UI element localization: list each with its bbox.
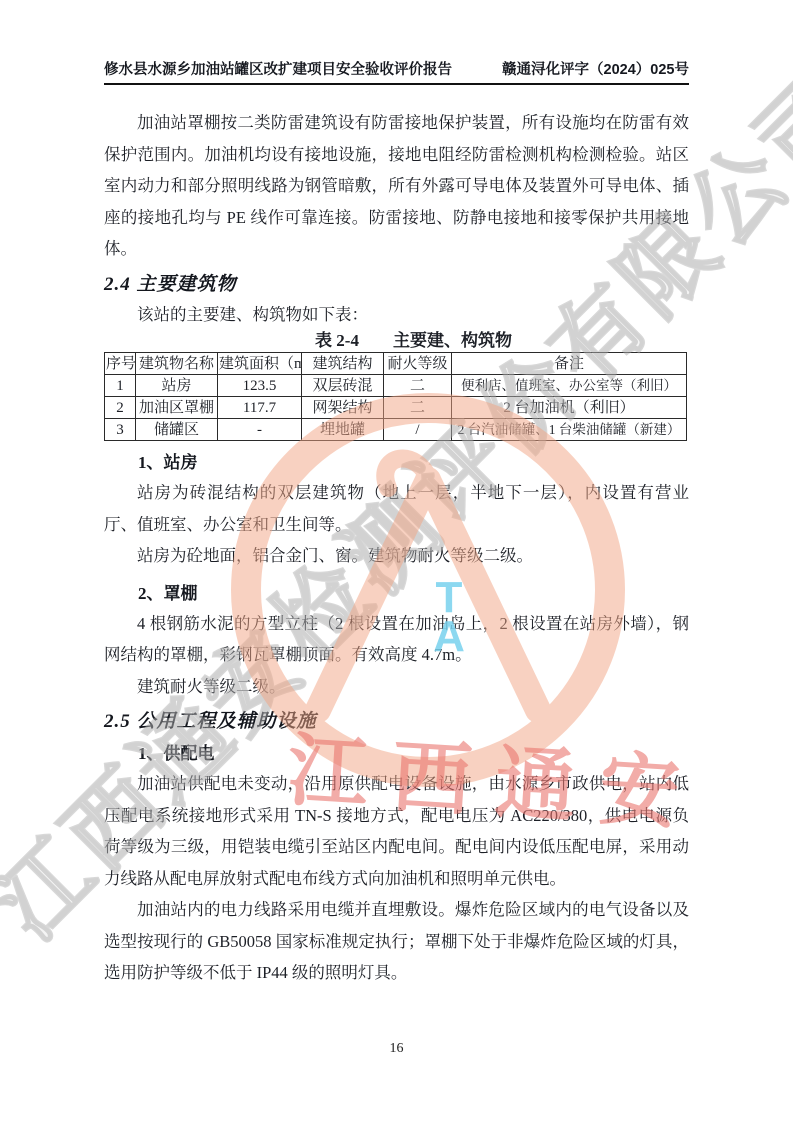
subsection-canopy-heading: 2、罩棚 bbox=[104, 580, 689, 608]
cell-area: - bbox=[218, 419, 302, 441]
section-2-5-heading: 2.5 公用工程及辅助设施 bbox=[104, 708, 689, 736]
col-header-area: 建筑面积（m²） bbox=[218, 353, 302, 375]
buildings-table: 序号 建筑物名称 建筑面积（m²） 建筑结构 耐火等级 备注 1 站房 123.… bbox=[104, 352, 687, 441]
cell-name: 站房 bbox=[136, 375, 218, 397]
table-row: 1 站房 123.5 双层砖混 二 便利店、值班室、办公室等（利旧） bbox=[105, 375, 687, 397]
cell-name: 储罐区 bbox=[136, 419, 218, 441]
cell-structure: 网架结构 bbox=[302, 397, 384, 419]
subsection-station-building-heading: 1、站房 bbox=[104, 449, 689, 477]
cell-index: 3 bbox=[105, 419, 136, 441]
cell-area: 117.7 bbox=[218, 397, 302, 419]
cell-structure: 双层砖混 bbox=[302, 375, 384, 397]
section-2-4-heading: 2.4 主要建筑物 bbox=[104, 271, 689, 299]
paragraph-station-building-2: 站房为砼地面，铝合金门、窗。建筑物耐火等级二级。 bbox=[104, 540, 689, 572]
header-report-title: 修水县水源乡加油站罐区改扩建项目安全验收评价报告 bbox=[104, 58, 452, 79]
document-body: 加油站罩棚按二类防雷建筑设有防雷接地保护装置，所有设施均在防雷有效保护范围内。加… bbox=[104, 85, 689, 989]
cell-remark: 2 台加油机（利旧） bbox=[452, 397, 687, 419]
paragraph-canopy-2: 建筑耐火等级二级。 bbox=[104, 671, 689, 703]
paragraph-canopy-1: 4 根钢筋水泥的方型立柱（2 根设置在加油岛上，2 根设置在站房外墙），钢网结构… bbox=[104, 608, 689, 671]
table-header-row: 序号 建筑物名称 建筑面积（m²） 建筑结构 耐火等级 备注 bbox=[105, 353, 687, 375]
header-doc-number: 赣通浔化评字（2024）025号 bbox=[502, 58, 689, 79]
page-number: 16 bbox=[0, 1041, 793, 1057]
col-header-index: 序号 bbox=[105, 353, 136, 375]
col-header-name: 建筑物名称 bbox=[136, 353, 218, 375]
col-header-fire-rating: 耐火等级 bbox=[384, 353, 452, 375]
col-header-remark: 备注 bbox=[452, 353, 687, 375]
paragraph-lightning-protection: 加油站罩棚按二类防雷建筑设有防雷接地保护装置，所有设施均在防雷有效保护范围内。加… bbox=[104, 107, 689, 265]
cell-remark: 2 台汽油储罐、1 台柴油储罐（新建） bbox=[452, 419, 687, 441]
col-header-structure: 建筑结构 bbox=[302, 353, 384, 375]
running-header: 修水县水源乡加油站罐区改扩建项目安全验收评价报告 赣通浔化评字（2024）025… bbox=[104, 58, 689, 85]
cell-remark: 便利店、值班室、办公室等（利旧） bbox=[452, 375, 687, 397]
paragraph-station-building-1: 站房为砖混结构的双层建筑物（地上一层，半地下一层），内设置有营业厅、值班室、办公… bbox=[104, 477, 689, 540]
cell-fire-rating: 二 bbox=[384, 397, 452, 419]
subsection-power-supply-heading: 1、供配电 bbox=[104, 740, 689, 768]
section-2-4-intro: 该站的主要建、构筑物如下表： bbox=[104, 299, 689, 331]
page-content: 修水县水源乡加油站罐区改扩建项目安全验收评价报告 赣通浔化评字（2024）025… bbox=[0, 0, 793, 1122]
paragraph-power-supply-2: 加油站内的电力线路采用电缆并直埋敷设。爆炸危险区域内的电气设备以及选型按现行的 … bbox=[104, 894, 689, 989]
cell-area: 123.5 bbox=[218, 375, 302, 397]
cell-name: 加油区罩棚 bbox=[136, 397, 218, 419]
cell-index: 2 bbox=[105, 397, 136, 419]
document-page: 江西通安检测评价有限公司 T A 江西通安 修水县水源乡加油站罐区改扩建项目安全… bbox=[0, 0, 793, 1122]
table-row: 3 储罐区 - 埋地罐 / 2 台汽油储罐、1 台柴油储罐（新建） bbox=[105, 419, 687, 441]
paragraph-power-supply-1: 加油站供配电未变动，沿用原供配电设备设施，由水源乡市政供电，站内低压配电系统接地… bbox=[104, 768, 689, 894]
table-2-4-caption: 表 2-4 主要建、构筑物 bbox=[104, 330, 689, 352]
cell-fire-rating: 二 bbox=[384, 375, 452, 397]
table-row: 2 加油区罩棚 117.7 网架结构 二 2 台加油机（利旧） bbox=[105, 397, 687, 419]
cell-fire-rating: / bbox=[384, 419, 452, 441]
cell-structure: 埋地罐 bbox=[302, 419, 384, 441]
cell-index: 1 bbox=[105, 375, 136, 397]
